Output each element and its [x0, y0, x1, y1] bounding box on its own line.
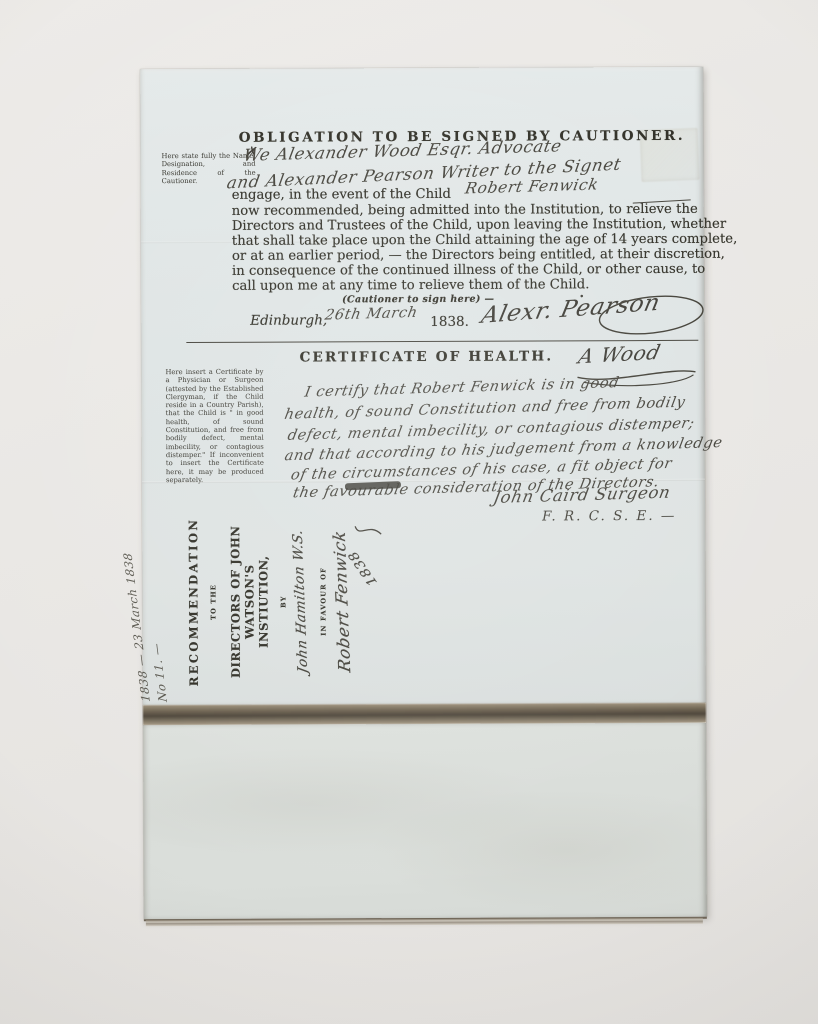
- recommendation-institution: INSTIUTION,: [256, 555, 270, 648]
- cautioner-signature-2: A Wood: [576, 340, 663, 369]
- recommendation-panel: RECOMMENDATION TO THE DIRECTORS OF JOHN …: [184, 492, 420, 711]
- body-line: call upon me at any time to relieve them…: [232, 277, 698, 294]
- paper-lower-sheet: [143, 723, 707, 921]
- sign-here-label: (Cautioner to sign here) —: [342, 294, 494, 306]
- in-favour-label: IN FAVOUR OF: [319, 567, 327, 636]
- certificate-heading: CERTIFICATE OF HEALTH.: [261, 348, 591, 365]
- recommendation-title: RECOMMENDATION: [186, 518, 201, 687]
- engage-line: engage, in the event of the Child: [232, 187, 451, 203]
- docket-year-handwriting: 1838: [345, 541, 391, 588]
- recommender-name-handwriting: John Hamilton W.S.: [290, 528, 312, 674]
- recommendation-directors: DIRECTORS OF JOHN WATSON'S: [228, 493, 257, 711]
- recommendation-to-the: TO THE: [209, 584, 217, 620]
- filing-docket: 1838 — 23 March 1838 No 11. —: [138, 497, 179, 702]
- paper-edge-layers: [146, 918, 703, 926]
- paper-document: OBLIGATION TO BE SIGNED BY CAUTIONER. He…: [140, 67, 707, 919]
- recommendation-by-label: BY: [279, 595, 287, 607]
- date-handwriting: 26th March: [324, 305, 419, 324]
- surgeon-credentials: F. R. C. S. E. —: [542, 508, 676, 525]
- place-label: Edinburgh,: [250, 312, 327, 328]
- document-photo: OBLIGATION TO BE SIGNED BY CAUTIONER. He…: [0, 0, 818, 1024]
- year-label: 1838.: [430, 314, 469, 330]
- certificate-margin-note: Here insert a Certificate by a Physician…: [165, 368, 264, 485]
